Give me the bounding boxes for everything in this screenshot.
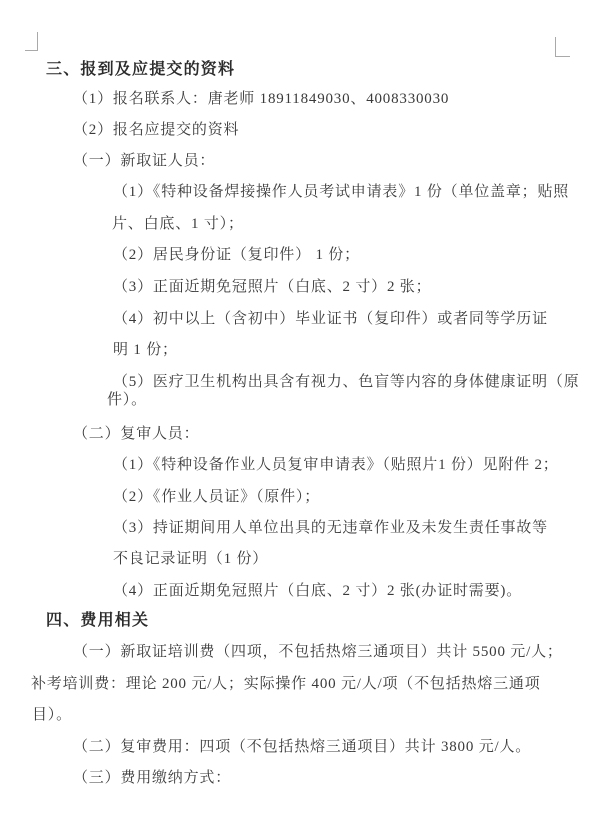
page-margin-corner-mark-left bbox=[25, 32, 38, 51]
doc-line-review-item4: （4）正面近期免冠照片（白底、2 寸）2 张(办证时需要)。 bbox=[113, 583, 522, 600]
doc-line-new-item5: （5）医疗卫生机构出具含有视力、色盲等内容的身体健康证明（原 bbox=[113, 374, 580, 391]
doc-line-new-item1-cont: 片、白底、1 寸）； bbox=[112, 216, 244, 233]
doc-line-fee-new: （一）新取证培训费（四项，不包括热熔三通项目）共计 5500 元/人； bbox=[73, 644, 563, 661]
doc-line-new-cert-title: （一）新取证人员： bbox=[73, 153, 215, 170]
doc-line-review-title: （二）复审人员： bbox=[73, 426, 199, 443]
doc-line-fee-payment: （三）费用缴纳方式： bbox=[73, 770, 231, 787]
doc-line-review-item3-cont: 不良记录证明（1 份） bbox=[113, 551, 268, 568]
doc-line-review-item3: （3）持证期间用人单位出具的无违章作业及未发生责任事故等 bbox=[113, 520, 548, 537]
section-3-heading: 三、报到及应提交的资料 bbox=[46, 61, 235, 78]
doc-line-review-item1: （1）《特种设备作业人员复审申请表》（贴照片1 份）见附件 2； bbox=[113, 457, 559, 474]
doc-line-fee-review: （二）复审费用：四项（不包括热熔三通项目）共计 3800 元/人。 bbox=[73, 739, 531, 756]
doc-line-contact: （1）报名联系人：唐老师 18911849030、4008330030 bbox=[73, 91, 449, 108]
doc-line-new-item4-cont: 明 1 份； bbox=[113, 342, 178, 359]
doc-line-review-item2: （2）《作业人员证》（原件）； bbox=[113, 489, 320, 506]
doc-line-materials: （2）报名应提交的资料 bbox=[73, 122, 239, 139]
doc-line-new-item4: （4）初中以上（含初中）毕业证书（复印件）或者同等学历证 bbox=[113, 311, 548, 328]
doc-line-new-item3: （3）正面近期免冠照片（白底、2 寸）2 张； bbox=[113, 279, 431, 296]
document-page: 三、报到及应提交的资料 （1）报名联系人：唐老师 18911849030、400… bbox=[0, 0, 590, 817]
doc-line-fee-new-cont2: 目）。 bbox=[32, 707, 72, 724]
section-4-heading: 四、费用相关 bbox=[46, 612, 149, 629]
doc-line-new-item1: （1）《特种设备焊接操作人员考试申请表》1 份（单位盖章；贴照 bbox=[113, 184, 569, 201]
page-margin-corner-mark-right bbox=[555, 37, 570, 57]
doc-line-new-item2: （2）居民身份证（复印件） 1 份； bbox=[113, 247, 360, 264]
doc-line-new-item5-cont: 件）。 bbox=[107, 392, 147, 409]
doc-line-fee-new-cont1: 补考培训费：理论 200 元/人；实际操作 400 元/人/项（不包括热熔三通项 bbox=[31, 676, 541, 693]
